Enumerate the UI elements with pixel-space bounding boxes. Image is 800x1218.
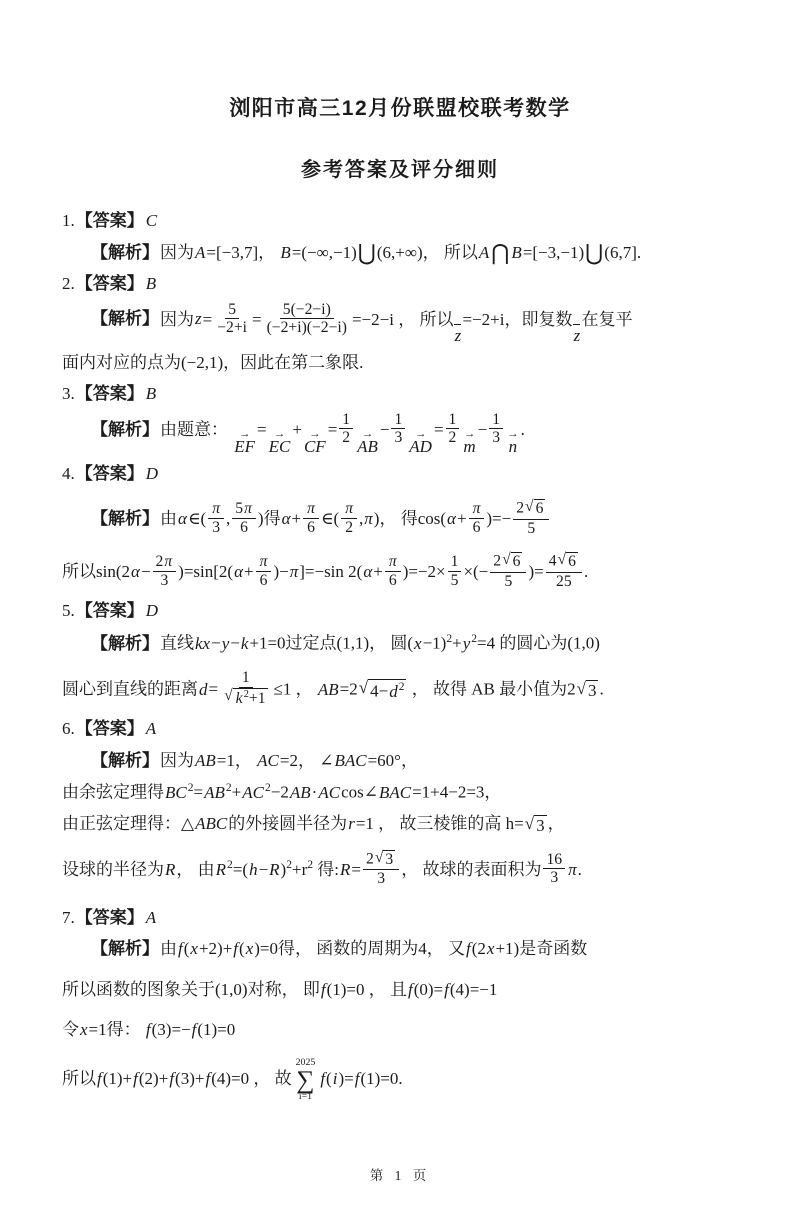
square-root: √3 xyxy=(577,680,599,701)
fraction: π2 xyxy=(341,500,357,536)
fraction-denominator: 2 xyxy=(339,429,353,447)
text: 由题意： xyxy=(160,420,232,439)
text: 6 xyxy=(536,500,544,517)
text: 3 xyxy=(394,429,402,446)
fraction-denominator: 5 xyxy=(448,572,462,590)
fraction-numerator: 2π xyxy=(153,553,177,572)
fraction-denominator: 6 xyxy=(386,572,400,590)
text: 1 xyxy=(394,411,402,428)
text: + xyxy=(457,509,467,528)
text: 3. xyxy=(62,384,75,403)
text: 1 xyxy=(242,669,250,686)
math-variable: R xyxy=(339,860,351,879)
fraction: 2√65 xyxy=(513,499,549,537)
math-variable: α xyxy=(233,562,244,581)
fraction-numerator: π xyxy=(385,553,401,572)
bold-label: 【答案】 xyxy=(75,274,145,293)
math-variable: π xyxy=(211,500,221,517)
fraction-denominator: −2+i xyxy=(214,319,250,337)
text: (0)= xyxy=(414,980,443,999)
bold-label: 【解析】 xyxy=(90,509,160,528)
math-variable: f xyxy=(407,980,414,999)
fraction: π6 xyxy=(385,553,401,589)
text: . xyxy=(599,680,603,699)
text: =1得： xyxy=(89,1020,145,1039)
math-variable: π xyxy=(243,500,253,517)
text: 6 xyxy=(513,553,521,570)
text: 设球的半径为 xyxy=(62,860,164,879)
fraction: 2π3 xyxy=(153,553,177,589)
vector: →AD xyxy=(409,430,432,455)
math-variable: y xyxy=(221,634,231,653)
math-variable: kx xyxy=(194,634,211,653)
radicand: 3 xyxy=(586,680,599,701)
q7-analysis-cont-line: 所以函数的图象关于(1,0)对称， 即f(1)=0 ， 且f(0)=f(4)=−… xyxy=(62,977,766,1003)
square-root: √3 xyxy=(375,850,395,869)
text: 5 xyxy=(228,301,236,318)
text: − xyxy=(211,634,221,653)
math-variable: f xyxy=(145,1020,152,1039)
text: (6,7]. xyxy=(604,243,641,262)
text: 5 xyxy=(504,573,512,590)
text: (6,+∞)， 所以 xyxy=(377,243,478,262)
math-variable: α xyxy=(177,509,188,528)
text: ×(− xyxy=(463,562,488,581)
fraction-numerator: π xyxy=(303,500,319,519)
text: = xyxy=(257,420,267,439)
document-header: 浏阳市高三12月份联盟校联考数学 参考答案及评分细则 xyxy=(0,0,800,182)
radicand: 6 xyxy=(511,552,523,571)
fraction: 163 xyxy=(543,851,565,887)
text: )=− xyxy=(486,509,511,528)
text: =1+4−2=3， xyxy=(412,783,501,802)
text: 2 xyxy=(516,500,524,517)
vector: →EC xyxy=(269,430,291,455)
text: = xyxy=(203,309,213,328)
q5-analysis-line: 【解析】直线kx−y−k+1=0过定点(1,1)， 圆(x−1)2+y2=4 的… xyxy=(90,630,766,656)
q2-answer-line: 2.【答案】B xyxy=(62,271,766,297)
q2-analysis-line: 【解析】因为z=5−2+i=5(−2−i)(−2+i)(−2−i)=−2−i ，… xyxy=(90,303,766,344)
fraction-numerator: 1 xyxy=(339,411,353,430)
text: (3)+ xyxy=(175,1069,204,1088)
fraction-numerator: 16 xyxy=(543,851,565,870)
text: 3 xyxy=(160,572,168,589)
vector: →CF xyxy=(304,430,326,455)
fraction-numerator: 2√6 xyxy=(513,499,549,519)
text: 6 xyxy=(260,572,268,589)
text: 5(−2−i) xyxy=(283,301,331,318)
vector-name: EF xyxy=(234,438,255,455)
text: 2 xyxy=(493,553,501,570)
text: =4 的圆心为(1,0) xyxy=(477,634,600,653)
q2-analysis-cont-line: 面内对应的点为(−2,1)，因此在第二象限. xyxy=(62,350,766,376)
math-variable: f xyxy=(465,939,472,958)
fraction-denominator: 5 xyxy=(501,573,515,591)
text: 得: xyxy=(313,860,339,879)
radical-icon: √ xyxy=(525,815,534,833)
radical-icon: √ xyxy=(359,679,368,697)
math-variable: π xyxy=(289,562,300,581)
vector: →AB xyxy=(357,430,378,455)
text: 3 xyxy=(377,870,385,887)
q3-answer-line: 3.【答案】B xyxy=(62,381,766,407)
math-variable: f xyxy=(132,1069,139,1088)
radical-icon: √ xyxy=(224,688,233,705)
document-page: 浏阳市高三12月份联盟校联考数学 参考答案及评分细则 1.【答案】C【解析】因为… xyxy=(0,0,800,1218)
math-variable: π xyxy=(567,860,578,879)
q7-analysis-line: 【解析】由f(x+2)+f(x)=0得， 函数的周期为4， 又f(2x+1)是奇… xyxy=(90,936,766,962)
text: 2 xyxy=(156,553,164,570)
fraction-denominator: 2 xyxy=(342,519,356,537)
math-variable: r xyxy=(347,814,356,833)
text: . xyxy=(584,562,588,581)
text: −2+i xyxy=(217,319,247,336)
math-variable: z xyxy=(194,309,203,328)
text: 4 xyxy=(549,553,557,570)
radicand: 4−d2 xyxy=(368,679,406,702)
fraction: 12 xyxy=(339,411,353,447)
bold-label: 【解析】 xyxy=(90,420,160,439)
math-variable: π xyxy=(363,509,374,528)
text: +1)是奇函数 xyxy=(495,939,587,958)
fraction-numerator: π xyxy=(469,500,485,519)
conjugate-bar: z xyxy=(573,324,580,344)
text: )=−2× xyxy=(403,562,446,581)
square-root: √6 xyxy=(525,499,545,518)
text: 3 xyxy=(588,681,597,700)
vector-name: m xyxy=(463,438,475,455)
math-variable: A xyxy=(194,243,206,262)
fraction-denominator: 6 xyxy=(470,519,484,537)
q1-answer-line: 1.【答案】C xyxy=(62,208,766,234)
fraction: 5−2+i xyxy=(214,301,250,337)
text: = xyxy=(252,309,262,328)
radical-icon: √ xyxy=(375,850,384,867)
text: =60°， xyxy=(368,751,418,770)
text: 4. xyxy=(62,464,75,483)
text: 直线 xyxy=(160,634,194,653)
math-variable: B xyxy=(145,384,157,403)
bold-label: 【解析】 xyxy=(90,751,160,770)
answers-content: 1.【答案】C【解析】因为A=[−3,7]， B=(−∞,−1)⋃(6,+∞)，… xyxy=(0,182,800,1102)
text: (1)+ xyxy=(103,1069,132,1088)
text: 圆心到直线的距离 xyxy=(62,680,198,699)
q6-analysis-cont3-line: 设球的半径为R， 由R2=(h−R)2+r2 得:R=2√33， 故球的表面积为… xyxy=(62,852,766,890)
vector-name: n xyxy=(509,438,518,455)
math-variable: AC xyxy=(241,783,265,802)
text: 6 xyxy=(473,519,481,536)
vector-name: EC xyxy=(269,438,291,455)
summation: 2025∑i=1 xyxy=(296,1058,316,1102)
q6-analysis-cont2-line: 由正弦定理得：△ABC的外接圆半径为r=1 ， 故三棱锥的高 h=√3， xyxy=(62,811,766,837)
q4-analysis-line: 【解析】由α∈(π3,5π6)得α+π6∈(π2,π)， 得cos(α+π6)=… xyxy=(90,501,766,539)
math-variable: D xyxy=(145,464,159,483)
fraction: 4√625 xyxy=(546,552,582,590)
text: . xyxy=(578,860,582,879)
fraction-numerator: 4√6 xyxy=(546,552,582,572)
fraction-denominator: 3 xyxy=(391,429,405,447)
text: 7. xyxy=(62,908,75,927)
text: )得 xyxy=(258,509,281,528)
bold-label: 【解析】 xyxy=(90,634,160,653)
text: 5. xyxy=(62,601,75,620)
math-variable: π xyxy=(259,553,269,570)
text: (3)=− xyxy=(152,1020,191,1039)
fraction-numerator: 5π xyxy=(232,500,256,519)
math-variable: f xyxy=(320,980,327,999)
math-variable: y xyxy=(462,634,472,653)
radical-icon: √ xyxy=(577,680,586,698)
math-variable: x xyxy=(79,1020,89,1039)
set-operator: ⋃ xyxy=(357,240,377,265)
text: 因为 xyxy=(160,243,194,262)
text: =−2+i，即复数 xyxy=(462,309,572,328)
math-variable: π xyxy=(306,500,316,517)
fraction: 5(−2−i)(−2+i)(−2−i) xyxy=(264,301,350,337)
text: (2 xyxy=(472,939,486,958)
bold-label: 【答案】 xyxy=(75,601,145,620)
summation-lower: i=1 xyxy=(299,1092,312,1102)
text: + xyxy=(292,509,302,528)
math-variable: C xyxy=(145,211,158,230)
text: )=0得， 函数的周期为4， 又 xyxy=(254,939,465,958)
fraction-numerator: π xyxy=(256,553,272,572)
q6-analysis-line: 【解析】因为AB=1， AC=2， ∠BAC=60°， xyxy=(90,748,766,774)
math-variable: B xyxy=(145,274,157,293)
square-root: √6 xyxy=(558,552,578,571)
fraction: 13 xyxy=(489,411,503,447)
radical-icon: √ xyxy=(558,552,567,569)
fraction-denominator: 3 xyxy=(157,572,171,590)
fraction-denominator: 3 xyxy=(489,429,503,447)
math-variable: π xyxy=(388,553,398,570)
math-variable: k xyxy=(240,634,250,653)
text: 6 xyxy=(240,519,248,536)
text: ≤1 ， xyxy=(274,680,317,699)
q4-answer-line: 4.【答案】D xyxy=(62,461,766,487)
text: +1 xyxy=(249,690,266,707)
bold-label: 【答案】 xyxy=(75,719,145,738)
bold-label: 【答案】 xyxy=(75,464,145,483)
q5-analysis-cont-line: 圆心到直线的距离d=1√k2+1≤1 ， AB=2√4−d2 ， 故得 AB 最… xyxy=(62,671,766,710)
math-variable: h xyxy=(248,860,259,879)
text: 5 xyxy=(235,500,243,517)
text: −1) xyxy=(423,634,447,653)
math-variable: R xyxy=(164,860,176,879)
text: ， 故球的表面积为 xyxy=(401,860,541,879)
text: 所以 xyxy=(62,1069,96,1088)
text: (−2+i)(−2−i) xyxy=(267,319,347,336)
text: 5 xyxy=(451,572,459,589)
q7-analysis-cont2-line: 令x=1得： f(3)=−f(1)=0 xyxy=(62,1017,766,1043)
text: 由 xyxy=(160,509,177,528)
bold-label: 【解析】 xyxy=(90,243,160,262)
math-variable: AB xyxy=(289,783,312,802)
fraction-numerator: 2√3 xyxy=(363,850,399,870)
math-variable: α xyxy=(446,509,457,528)
math-variable: A xyxy=(478,243,490,262)
text: 由 xyxy=(160,939,177,958)
fraction: 13 xyxy=(391,411,405,447)
fraction-numerator: 1 xyxy=(239,669,253,688)
radical-icon: √ xyxy=(502,552,511,569)
text: ， 由 xyxy=(176,860,214,879)
text: 的外接圆半径为 xyxy=(228,814,347,833)
text: 令 xyxy=(62,1020,79,1039)
text: 2 xyxy=(366,850,374,867)
q5-answer-line: 5.【答案】D xyxy=(62,598,766,624)
fraction-denominator: 25 xyxy=(553,573,575,591)
text: 因为 xyxy=(160,309,194,328)
text: =1 ， 故三棱锥的高 h= xyxy=(356,814,524,833)
fraction: 15 xyxy=(448,553,462,589)
superscript: 2 xyxy=(399,680,405,693)
math-variable: α xyxy=(130,562,141,581)
text: . xyxy=(521,420,525,439)
square-root: √3 xyxy=(525,815,547,836)
text: − xyxy=(230,634,240,653)
text: 4− xyxy=(370,682,388,701)
text: 所以函数的图象关于(1,0)对称， 即 xyxy=(62,980,320,999)
fraction: 5π6 xyxy=(232,500,256,536)
text: +1=0过定点(1,1)， 圆( xyxy=(249,634,413,653)
q7-answer-line: 7.【答案】A xyxy=(62,905,766,931)
radicand: 3 xyxy=(534,815,547,836)
q6-analysis-cont-line: 由余弦定理得BC2=AB2+AC2−2AB·ACcos∠BAC=1+4−2=3， xyxy=(62,779,766,805)
text: 因为 xyxy=(160,751,194,770)
math-variable: k xyxy=(235,690,244,707)
fraction-numerator: 1 xyxy=(448,553,462,572)
q3-analysis-line: 【解析】由题意： →EF=→EC+→CF=12→AB−13→AD=12→m−13… xyxy=(90,413,766,455)
fraction: 2√33 xyxy=(363,850,399,888)
q7-analysis-cont3-line: 所以f(1)+f(2)+f(3)+f(4)=0 ， 故2025∑i=1f(i)=… xyxy=(62,1058,766,1102)
math-variable: x xyxy=(189,939,199,958)
text: 16 xyxy=(546,851,562,868)
text: =[−3,−1) xyxy=(523,243,584,262)
text: = xyxy=(434,420,444,439)
bold-label: 【解析】 xyxy=(90,309,160,328)
math-variable: α xyxy=(362,562,373,581)
vector: →n xyxy=(507,430,519,455)
fraction-numerator: 5 xyxy=(225,301,239,320)
text: ( xyxy=(326,1069,332,1088)
fraction-denominator: 6 xyxy=(237,519,251,537)
math-variable: π xyxy=(344,500,354,517)
vector-name: AD xyxy=(409,438,432,455)
text: )=sin[2( xyxy=(178,562,233,581)
text: 6 xyxy=(389,572,397,589)
fraction-denominator: 3 xyxy=(209,519,223,537)
math-variable: AB xyxy=(203,783,226,802)
q6-answer-line: 6.【答案】A xyxy=(62,716,766,742)
text: 由正弦定理得：△ xyxy=(62,814,194,833)
text: 1 xyxy=(449,411,457,428)
fraction-denominator: 6 xyxy=(257,572,271,590)
vector: →m xyxy=(463,430,475,455)
fraction: π3 xyxy=(208,500,224,536)
text: − xyxy=(259,860,269,879)
barred-variable: z xyxy=(455,327,462,344)
fraction: π6 xyxy=(256,553,272,589)
text: + xyxy=(452,634,462,653)
text: 3 xyxy=(536,816,545,835)
text: ( xyxy=(239,939,245,958)
text: )− xyxy=(273,562,288,581)
text: 2 xyxy=(345,519,353,536)
radicand: 6 xyxy=(534,499,546,518)
text: 2 xyxy=(342,429,350,446)
fraction-denominator: (−2+i)(−2−i) xyxy=(264,319,350,337)
math-variable: AC xyxy=(256,751,280,770)
text: (4)=0 ， 故 xyxy=(211,1069,291,1088)
text: − xyxy=(380,420,390,439)
fraction: π6 xyxy=(303,500,319,536)
text: 1 xyxy=(342,411,350,428)
vector-name: CF xyxy=(304,438,326,455)
text: =[−3,7]， xyxy=(206,243,279,262)
text: (4)=−1 xyxy=(450,980,498,999)
text: = xyxy=(328,420,338,439)
text: ∈( xyxy=(188,509,206,528)
text: 3 xyxy=(212,519,220,536)
text: 3 xyxy=(385,851,393,868)
text: (1)=0 ， 且 xyxy=(327,980,407,999)
text: = xyxy=(209,680,219,699)
text: =(−∞,−1) xyxy=(292,243,357,262)
radical-icon: √ xyxy=(525,499,534,516)
fraction-numerator: 2√6 xyxy=(490,552,526,572)
barred-variable: z xyxy=(574,327,581,344)
fraction-numerator: π xyxy=(341,500,357,519)
text: 3 xyxy=(550,869,558,886)
math-variable: ABC xyxy=(194,814,228,833)
math-variable: f xyxy=(443,980,450,999)
fraction: 1√k2+1 xyxy=(220,669,271,708)
math-variable: BAC xyxy=(378,783,412,802)
text: )， 得cos( xyxy=(374,509,446,528)
radicand: 3 xyxy=(383,850,395,869)
text: + xyxy=(292,420,302,439)
fraction-denominator: 2 xyxy=(446,429,460,447)
text: 25 xyxy=(556,573,572,590)
text: ∈( xyxy=(321,509,339,528)
text: 在复平 xyxy=(581,309,632,328)
bold-label: 【答案】 xyxy=(75,211,145,230)
text: = xyxy=(351,860,361,879)
text: − xyxy=(478,420,488,439)
text: 5 xyxy=(527,520,535,537)
conjugate-bar: z xyxy=(454,324,461,344)
text: =2 xyxy=(340,680,358,699)
text: 6 xyxy=(307,519,315,536)
sigma-icon: ∑ xyxy=(296,1068,314,1092)
text: − xyxy=(141,562,151,581)
text: ， xyxy=(548,814,565,833)
text: 所以sin(2 xyxy=(62,562,130,581)
text: +2)+ xyxy=(199,939,232,958)
bold-label: 【答案】 xyxy=(75,384,145,403)
math-variable: R xyxy=(268,860,280,879)
math-variable: x xyxy=(413,634,423,653)
math-variable: AB xyxy=(194,751,217,770)
document-title: 浏阳市高三12月份联盟校联考数学 xyxy=(0,92,800,122)
fraction-denominator: 5 xyxy=(524,520,538,538)
text: (2)+ xyxy=(139,1069,168,1088)
text: 3 xyxy=(492,429,500,446)
text: + xyxy=(244,562,254,581)
text: =( xyxy=(233,860,248,879)
text: ]=−sin 2( xyxy=(299,562,362,581)
